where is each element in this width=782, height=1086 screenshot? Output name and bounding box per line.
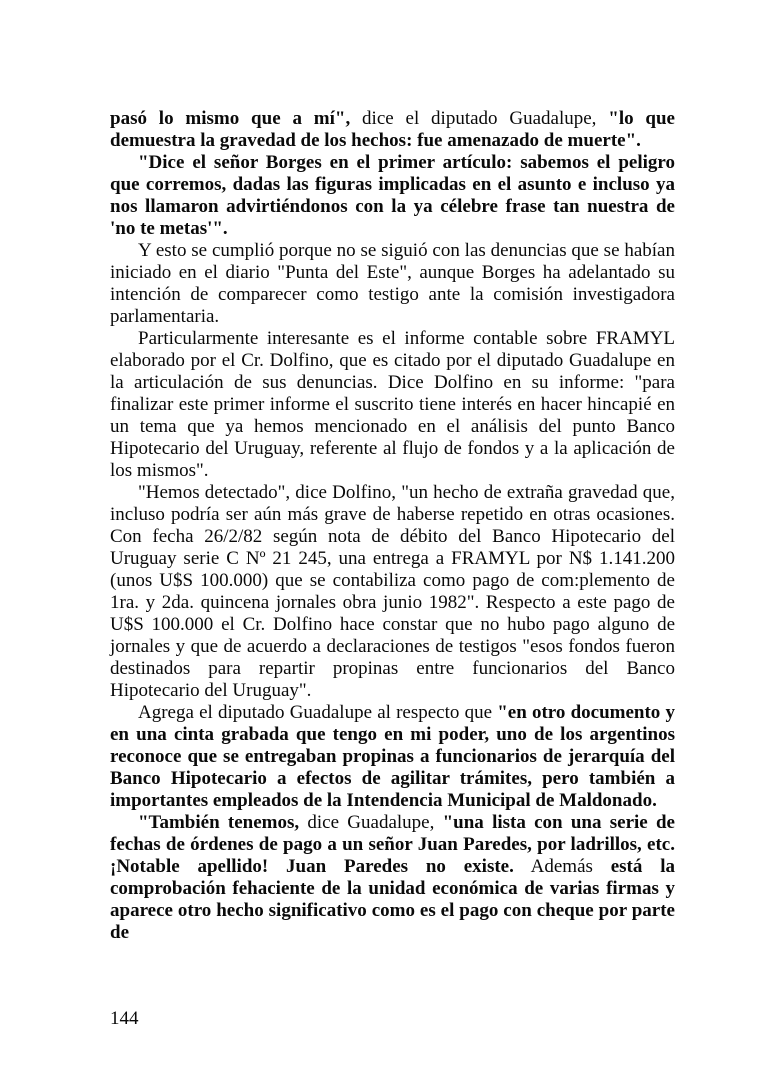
text-run: "Hemos detectado", dice Dolfino, "un hec…	[110, 482, 675, 701]
page-text-block: pasó lo mismo que a mí", dice el diputad…	[110, 108, 675, 944]
paragraph: pasó lo mismo que a mí", dice el diputad…	[110, 108, 675, 152]
text-run: "Dice el señor Borges en el primer artíc…	[110, 152, 675, 239]
text-run: pasó lo mismo que a mí",	[110, 108, 350, 129]
paragraph: Agrega el diputado Guadalupe al respecto…	[110, 702, 675, 812]
paragraph: Y esto se cumplió porque no se siguió co…	[110, 240, 675, 328]
text-run: Además	[514, 856, 611, 877]
paragraph: "Hemos detectado", dice Dolfino, "un hec…	[110, 482, 675, 702]
text-run: Agrega el diputado Guadalupe al respecto…	[138, 702, 497, 723]
page-number: 144	[110, 1008, 139, 1030]
paragraph: "Dice el señor Borges en el primer artíc…	[110, 152, 675, 240]
text-run: "También tenemos,	[138, 812, 299, 833]
paragraph: "También tenemos, dice Guadalupe, "una l…	[110, 812, 675, 944]
text-run: dice el diputado Guadalupe,	[350, 108, 608, 129]
text-run: Particularmente interesante es el inform…	[110, 328, 675, 481]
text-run: dice Guadalupe,	[299, 812, 442, 833]
book-page: pasó lo mismo que a mí", dice el diputad…	[0, 0, 782, 1086]
text-run: Y esto se cumplió porque no se siguió co…	[110, 240, 675, 327]
paragraph: Particularmente interesante es el inform…	[110, 328, 675, 482]
